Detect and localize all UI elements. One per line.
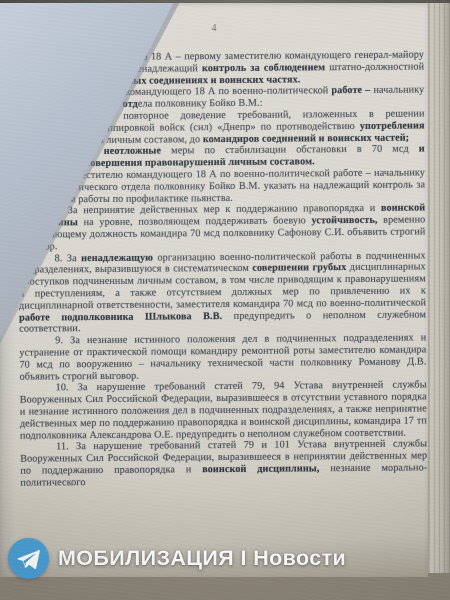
paragraph-text-run: ела полковнику Бойко В.М.: [138, 98, 263, 110]
document-paragraph: 7. За непринятие действенных мер к подде… [18, 203, 425, 253]
paragraph-text-run: устойчивость, [311, 215, 377, 227]
document-paragraph: 11. За нарушение требований статей 79 и … [20, 439, 427, 489]
paragraph-text-run: 8. За [55, 253, 82, 264]
paragraph-text-run: ненадлежащую [81, 252, 153, 264]
document-paragraph: 8. За ненадлежащую организацию военно-по… [19, 250, 427, 336]
paragraph-text-run: работе подполковника Шлыкова В.В. [19, 311, 222, 324]
telegram-icon [8, 538, 49, 579]
paragraph-text-run: воинской дисциплины, [202, 463, 319, 475]
paragraph-text-run: совершении грубых [252, 262, 346, 274]
document-paragraph: 9. За незнание истинного положения дел в… [19, 333, 426, 383]
paragraph-text-run: меры по стабилизации обстановки в 70 мсд [161, 144, 419, 157]
photo-background: 4 4. Начальнику штаба 18 А – первому зам… [0, 0, 450, 600]
watermark-channel-name: МОБИЛИЗАЦИЯ І Новости [58, 546, 346, 571]
document-paragraph: 10. За нарушение требований статей 79, 9… [20, 380, 427, 442]
paragraph-text-run: 10. За нарушение требований статей 79, 9… [20, 380, 427, 441]
paragraph-text-run: на уровне, позволяющем поддерживать боев… [78, 215, 312, 228]
page-stack-edge [428, 3, 450, 573]
paragraph-text-run: 9. За незнание истинного положения дел в… [19, 333, 426, 383]
watermark: МОБИЛИЗАЦИЯ І Новости [8, 538, 346, 579]
background-top-edge [0, 0, 450, 3]
paragraph-text-run: работе – [331, 85, 373, 96]
paragraph-text-run: контроль за соблюдением [202, 62, 325, 74]
paragraph-text-run: употребления [360, 120, 425, 132]
